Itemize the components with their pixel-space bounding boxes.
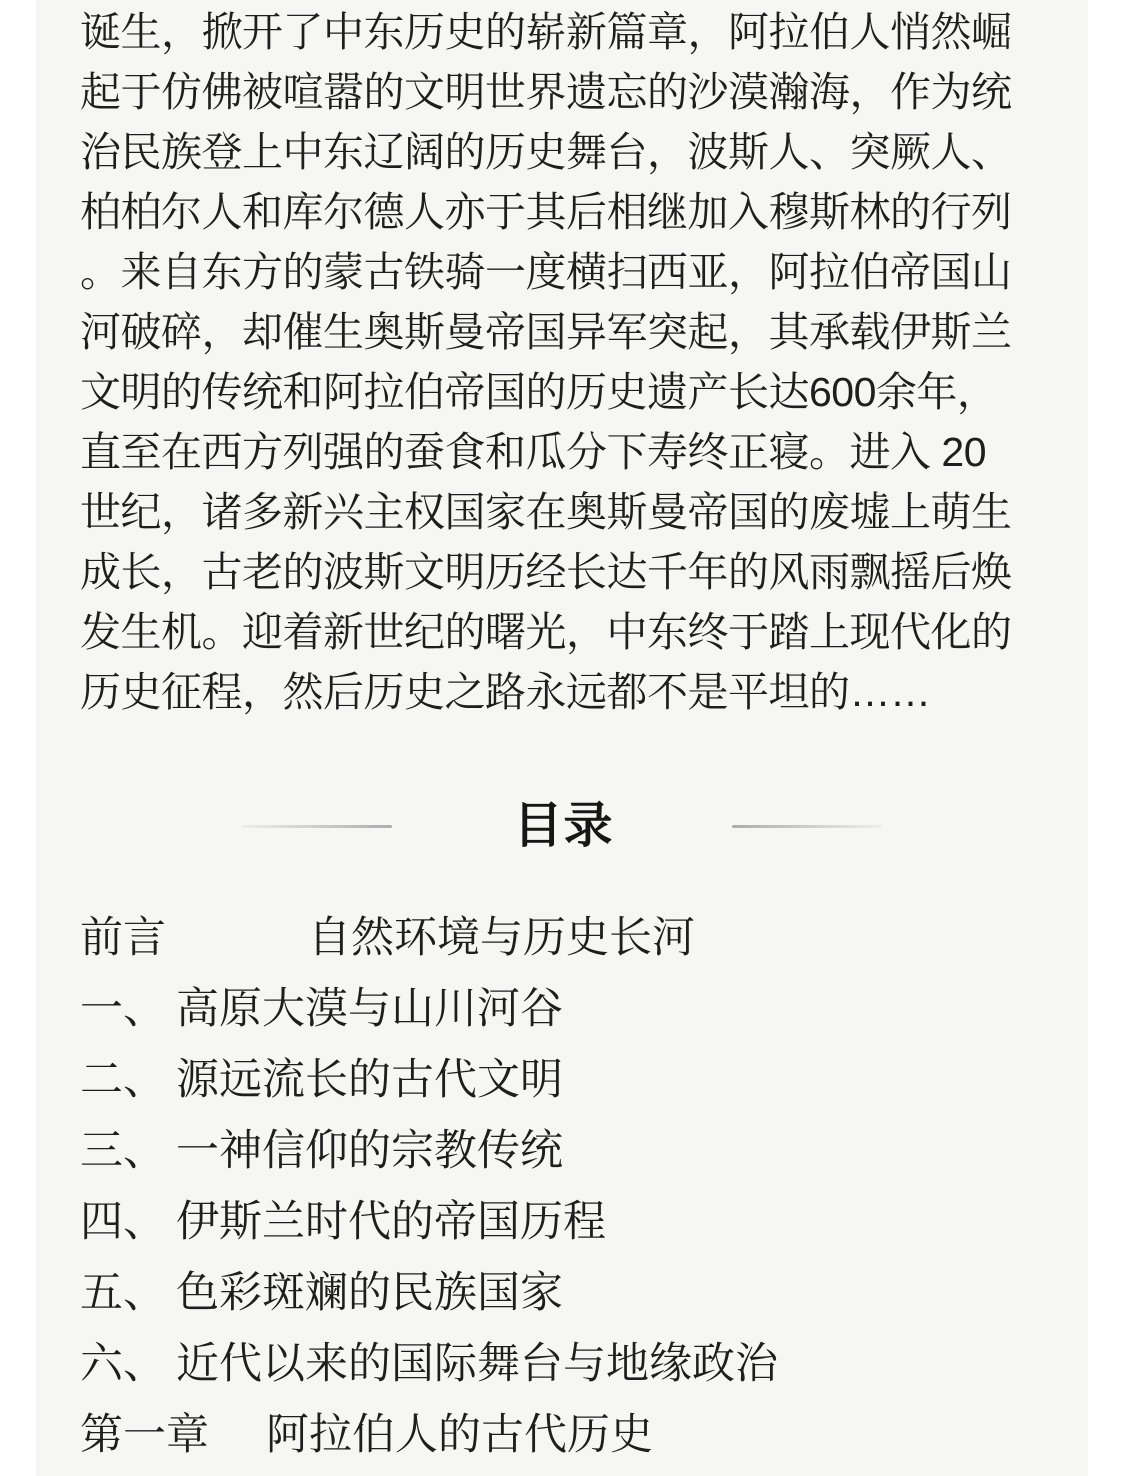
- toc-item-title: 近代以来的国际舞台与地缘政治: [176, 1329, 778, 1400]
- body-text-line: 。来自东方的蒙古铁骑一度横扫西亚，阿拉伯帝国山: [80, 242, 1058, 302]
- toc-item-title: 一神信仰的宗教传统: [176, 1116, 563, 1187]
- toc-item-label: 第一章: [80, 1400, 266, 1471]
- toc-item-label: 四、: [80, 1187, 176, 1258]
- toc-item-label: 三、: [80, 1116, 176, 1187]
- toc-item-label: 前言: [80, 903, 308, 974]
- toc-item-label: 六、: [80, 1329, 176, 1400]
- toc-item-1[interactable]: 一、 高原大漠与山川河谷: [80, 974, 1058, 1045]
- body-text-line: 诞生，掀开了中东历史的崭新篇章，阿拉伯人悄然崛: [80, 2, 1058, 62]
- body-text-line: 成长，古老的波斯文明历经长达千年的风雨飘摇后焕: [80, 542, 1058, 602]
- body-text-line: 柏柏尔人和库尔德人亦于其后相继加入穆斯林的行列: [80, 182, 1058, 242]
- reading-area[interactable]: 诞生，掀开了中东历史的崭新篇章，阿拉伯人悄然崛 起于仿佛被喧嚣的文明世界遗忘的沙…: [36, 0, 1088, 1476]
- toc-item-label: 五、: [80, 1258, 176, 1329]
- toc-item-label: 一、: [80, 974, 176, 1045]
- chapter-paragraph: 诞生，掀开了中东历史的崭新篇章，阿拉伯人悄然崛 起于仿佛被喧嚣的文明世界遗忘的沙…: [80, 2, 1058, 722]
- body-text-line: 历史征程，然后历史之路永远都不是平坦的……: [80, 662, 1058, 722]
- toc-item-6[interactable]: 六、 近代以来的国际舞台与地缘政治: [80, 1329, 1058, 1400]
- body-text-line: 直至在西方列强的蚕食和瓜分下寿终正寝。进入 20: [80, 422, 1058, 482]
- toc-heading-title: 目录: [513, 790, 613, 862]
- toc-item-2[interactable]: 二、 源远流长的古代文明: [80, 1045, 1058, 1116]
- body-text-line: 治民族登上中东辽阔的历史舞台，波斯人、突厥人、: [80, 122, 1058, 182]
- heading-divider-left: [242, 825, 392, 828]
- toc-item-5[interactable]: 五、 色彩斑斓的民族国家: [80, 1258, 1058, 1329]
- body-text-line: 河破碎，却催生奥斯曼帝国异军突起，其承载伊斯兰: [80, 302, 1058, 362]
- ebook-page: 诞生，掀开了中东历史的崭新篇章，阿拉伯人悄然崛 起于仿佛被喧嚣的文明世界遗忘的沙…: [0, 0, 1125, 1476]
- toc-list: 前言 自然环境与历史长河 一、 高原大漠与山川河谷 二、 源远流长的古代文明 三…: [80, 903, 1058, 1471]
- toc-item-title: 自然环境与历史长河: [308, 903, 695, 974]
- heading-divider-right: [732, 825, 882, 828]
- toc-heading: 目录: [36, 790, 1088, 862]
- body-text-line: 世纪，诸多新兴主权国家在奥斯曼帝国的废墟上萌生: [80, 482, 1058, 542]
- toc-item-preface[interactable]: 前言 自然环境与历史长河: [80, 903, 1058, 974]
- toc-item-4[interactable]: 四、 伊斯兰时代的帝国历程: [80, 1187, 1058, 1258]
- body-text-line: 文明的传统和阿拉伯帝国的历史遗产长达600余年，: [80, 362, 1058, 422]
- body-text-line: 发生机。迎着新世纪的曙光，中东终于踏上现代化的: [80, 602, 1058, 662]
- toc-item-label: 二、: [80, 1045, 176, 1116]
- toc-item-3[interactable]: 三、 一神信仰的宗教传统: [80, 1116, 1058, 1187]
- body-text-line: 起于仿佛被喧嚣的文明世界遗忘的沙漠瀚海，作为统: [80, 62, 1058, 122]
- toc-item-title: 高原大漠与山川河谷: [176, 974, 563, 1045]
- toc-item-title: 伊斯兰时代的帝国历程: [176, 1187, 606, 1258]
- toc-item-chapter-1[interactable]: 第一章 阿拉伯人的古代历史: [80, 1400, 1058, 1471]
- toc-item-title: 源远流长的古代文明: [176, 1045, 563, 1116]
- toc-item-title: 阿拉伯人的古代历史: [266, 1400, 653, 1471]
- toc-item-title: 色彩斑斓的民族国家: [176, 1258, 563, 1329]
